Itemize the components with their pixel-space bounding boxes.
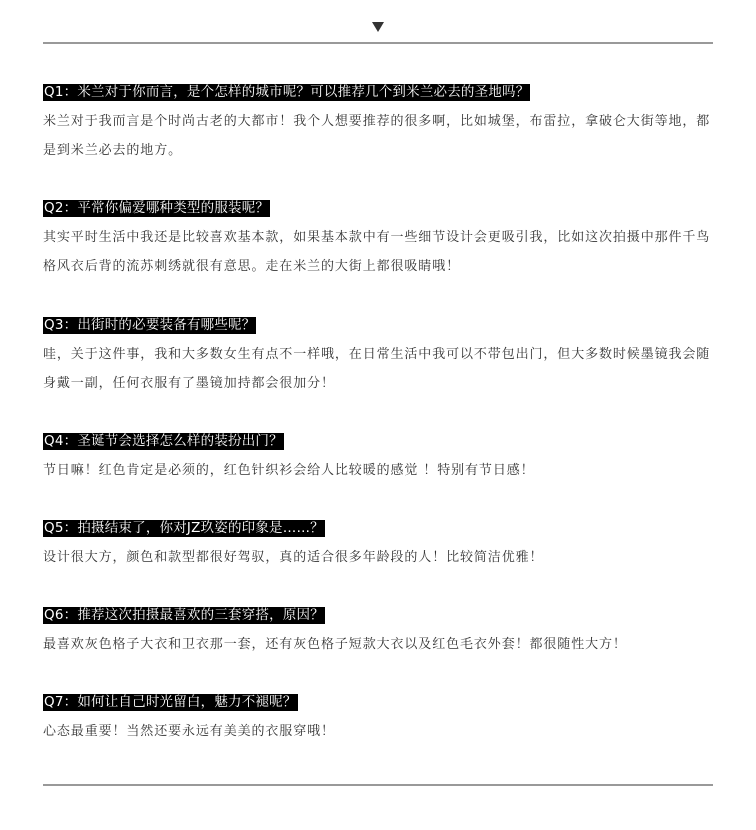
qa-item-7: Q7：如何让自己时光留白，魅力不褪呢？ 心态最重要！当然还要永远有美美的衣服穿哦…	[43, 691, 723, 746]
question-5: Q5：拍摄结束了，你对JZ玖姿的印象是……？	[43, 520, 325, 537]
answer-5: 设计很大方，颜色和款型都很好驾驭，真的适合很多年龄段的人！比较简洁优雅！	[43, 543, 723, 572]
answer-7: 心态最重要！当然还要永远有美美的衣服穿哦！	[43, 717, 723, 746]
qa-item-6: Q6：推荐这次拍摄最喜欢的三套穿搭，原因？ 最喜欢灰色格子大衣和卫衣那一套，还有…	[43, 604, 723, 659]
question-4: Q4：圣诞节会选择怎么样的装扮出门？	[43, 433, 284, 450]
qa-item-1: Q1：米兰对于你而言，是个怎样的城市呢？可以推荐几个到米兰必去的圣地吗？ 米兰对…	[43, 81, 723, 165]
qa-item-5: Q5：拍摄结束了，你对JZ玖姿的印象是……？ 设计很大方，颜色和款型都很好驾驭，…	[43, 517, 723, 572]
answer-4: 节日嘛！红色肯定是必须的，红色针织衫会给人比较暖的感觉 ！特别有节日感！	[43, 456, 723, 485]
question-6: Q6：推荐这次拍摄最喜欢的三套穿搭，原因？	[43, 607, 325, 624]
qa-item-2: Q2：平常你偏爱哪种类型的服装呢？ 其实平时生活中我还是比较喜欢基本款，如果基本…	[43, 197, 723, 281]
answer-6: 最喜欢灰色格子大衣和卫衣那一套，还有灰色格子短款大衣以及红色毛衣外套！都很随性大…	[43, 630, 723, 659]
qa-item-4: Q4：圣诞节会选择怎么样的装扮出门？ 节日嘛！红色肯定是必须的，红色针织衫会给人…	[43, 430, 723, 485]
bottom-divider	[43, 784, 713, 786]
answer-3: 哇，关于这件事，我和大多数女生有点不一样哦，在日常生活中我可以不带包出门，但大多…	[43, 340, 723, 398]
qa-item-3: Q3：出街时的必要装备有哪些呢？ 哇，关于这件事，我和大多数女生有点不一样哦，在…	[43, 314, 723, 398]
answer-1: 米兰对于我而言是个时尚古老的大都市！我个人想要推荐的很多啊，比如城堡，布雷拉，拿…	[43, 107, 723, 165]
top-divider	[43, 42, 713, 44]
question-1: Q1：米兰对于你而言，是个怎样的城市呢？可以推荐几个到米兰必去的圣地吗？	[43, 84, 530, 101]
question-3: Q3：出街时的必要装备有哪些呢？	[43, 317, 256, 334]
question-2: Q2：平常你偏爱哪种类型的服装呢？	[43, 200, 270, 217]
triangle-down-icon	[372, 22, 384, 32]
answer-2: 其实平时生活中我还是比较喜欢基本款，如果基本款中有一些细节设计会更吸引我，比如这…	[43, 223, 723, 281]
question-7: Q7：如何让自己时光留白，魅力不褪呢？	[43, 694, 298, 711]
